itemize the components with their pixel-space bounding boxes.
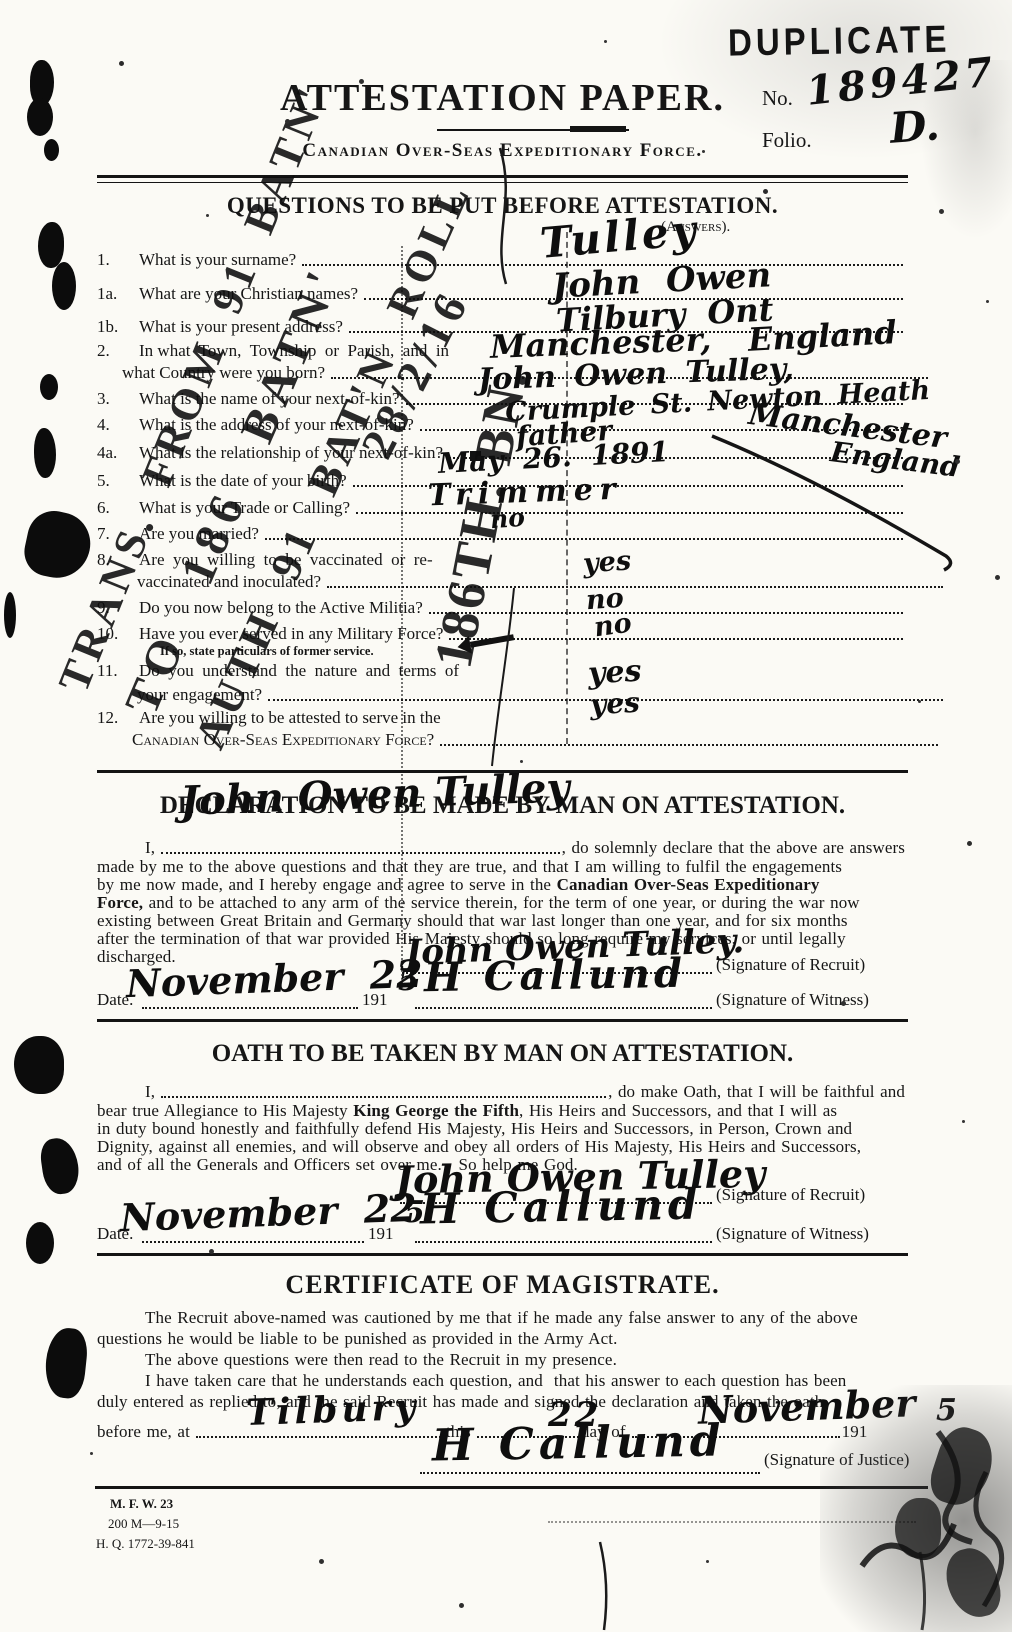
ink-blot <box>34 428 56 478</box>
declaration-witness-signature: H Callund <box>424 954 687 999</box>
answer-birthplace-country: England <box>747 316 897 356</box>
dotted-leader <box>265 538 903 540</box>
question-number: 3. <box>97 389 139 408</box>
question-number: 1a. <box>97 284 139 303</box>
ink-blot <box>14 1036 64 1094</box>
oath-date-written: November 22 <box>119 1189 417 1237</box>
ink-blot <box>38 222 64 268</box>
oath-line-1: I,, do make Oath, that I will be faithfu… <box>145 1082 905 1101</box>
before-me-label: before me, at <box>97 1422 190 1441</box>
question-number: 1b. <box>97 317 139 336</box>
attestation-paper-scan: ATTESTATION PAPER. Canadian Over-Seas Ex… <box>0 0 1012 1632</box>
declaration-line-3-pre: by me now made, and I hereby engage and … <box>97 875 557 894</box>
declaration-line-3-bold: Canadian Over-Seas Expeditionary <box>557 875 820 894</box>
section-rule-certificate <box>97 1253 908 1256</box>
answer-military-force: no <box>592 610 633 642</box>
recruit-signature-label: (Signature of Recruit) <box>716 955 865 975</box>
oath-witness-signature: H Callund <box>420 1184 703 1231</box>
dotted-leader <box>429 612 903 614</box>
dotted-leader <box>196 1436 444 1438</box>
i-prefix: I, <box>145 838 155 857</box>
certificate-place-written: Tilbury <box>245 1389 420 1431</box>
title-underline-thick <box>570 126 626 132</box>
oath-heading: OATH TO BE TAKEN BY MAN ON ATTESTATION. <box>97 1040 908 1068</box>
oath-line-2-pre: bear true Allegiance to His Majesty <box>97 1101 353 1120</box>
witness-signature-line <box>415 1241 712 1243</box>
question-number: 2. <box>97 341 139 360</box>
question-text: Are you willing to be attested to serve … <box>139 708 441 727</box>
name-blank-leader <box>161 852 559 854</box>
declaration-line-1: I,, do solemnly declare that the above a… <box>145 838 905 857</box>
witness-signature-label: (Signature of Witness) <box>716 990 869 1010</box>
date-line <box>142 1007 358 1009</box>
no-label: No. <box>762 86 793 111</box>
folio-label: Folio. <box>762 128 812 153</box>
declaration-line-4: Force, and to be attached to any arm of … <box>97 893 933 912</box>
duplicate-stamp: DUPLICATE <box>728 17 951 65</box>
justice-signature: H Callund <box>432 1419 726 1468</box>
ink-blot <box>27 98 53 136</box>
ink-blot <box>42 1326 89 1400</box>
declaration-line-5: existing between Great Britain and Germa… <box>97 911 933 930</box>
dotted-leader <box>449 638 903 640</box>
oath-line-2-rest: , His Heirs and Successors, and that I w… <box>519 1101 837 1120</box>
header-rule-bottom <box>97 182 908 183</box>
oath-line-4: Dignity, against all enemies, and will o… <box>97 1137 933 1156</box>
certificate-heading: CERTIFICATE OF MAGISTRATE. <box>97 1270 908 1300</box>
folio-value: D. <box>889 104 941 149</box>
certificate-month-written: November <box>697 1384 916 1430</box>
declaration-line-4-bold: Force, <box>97 893 143 912</box>
question-text: Canadian Over-Seas Expeditionary Force? <box>132 730 434 749</box>
question-number: 12. <box>97 708 139 727</box>
certificate-year-written: 5 <box>936 1396 957 1426</box>
ink-blot <box>4 592 16 638</box>
footer-rule <box>95 1486 928 1489</box>
certificate-line-3: The above questions were then read to th… <box>145 1350 981 1369</box>
declaration-line-3: by me now made, and I hereby engage and … <box>97 875 933 894</box>
declaration-line-4-rest: and to be attached to any arm of the ser… <box>143 893 860 912</box>
oath-line-1-rest: , do make Oath, that I will be faithful … <box>608 1082 905 1101</box>
header-rule-top <box>97 175 908 178</box>
form-code: M. F. W. 23 <box>110 1496 173 1512</box>
question-number: 4. <box>97 415 139 434</box>
ink-blot <box>20 506 96 584</box>
ink-blot <box>26 1222 54 1264</box>
questions-heading: QUESTIONS TO BE PUT BEFORE ATTESTATION. <box>97 193 908 219</box>
oath-line-2: bear true Allegiance to His Majesty King… <box>97 1101 933 1120</box>
smudge-core <box>924 1421 1000 1512</box>
witness-signature-line <box>415 1007 712 1009</box>
name-blank-leader <box>161 1096 606 1098</box>
scan-specks <box>0 0 3 3</box>
recruit-signature-label: (Signature of Recruit) <box>716 1185 865 1205</box>
ink-blot <box>52 262 76 310</box>
smudge-core <box>895 1498 941 1558</box>
declaration-line-2: made by me to the above questions and th… <box>97 857 933 876</box>
i-prefix: I, <box>145 1082 155 1101</box>
witness-signature-label: (Signature of Witness) <box>716 1224 869 1244</box>
section-rule-oath <box>97 1019 908 1022</box>
ink-blot <box>38 1136 81 1196</box>
dotted-leader <box>440 744 938 746</box>
ink-blot <box>44 139 59 161</box>
declaration-date-written: November 22 <box>125 955 423 1003</box>
certificate-line-1: The Recruit above-named was cautioned by… <box>145 1308 981 1327</box>
question-number: 4a. <box>97 443 139 462</box>
oath-line-2-bold: King George the Fifth <box>353 1101 519 1120</box>
answer-attested: yes <box>589 689 640 720</box>
hq-code: H. Q. 1772-39-841 <box>96 1536 195 1552</box>
question-number: 1. <box>97 250 139 269</box>
dotted-leader <box>327 586 943 588</box>
question-row: 9.Do you now belong to the Active Militi… <box>97 598 905 617</box>
answer-vaccinated: yes <box>582 547 632 577</box>
declaration-line-1-rest: , do solemnly declare that the above are… <box>562 838 905 857</box>
oath-line-3: in duty bound honestly and faithfully de… <box>97 1119 933 1138</box>
justice-signature-line <box>420 1472 760 1474</box>
answer-engagement: yes <box>587 657 642 690</box>
print-run-code: 200 M—9-15 <box>108 1516 179 1532</box>
faint-dotted-line <box>548 1521 916 1523</box>
ink-blot <box>40 374 58 400</box>
justice-signature-label: (Signature of Justice) <box>764 1450 909 1470</box>
smudge-core <box>940 1543 1005 1623</box>
date-line <box>142 1241 364 1243</box>
certificate-line-2: questions he would be liable to be punis… <box>97 1329 933 1348</box>
